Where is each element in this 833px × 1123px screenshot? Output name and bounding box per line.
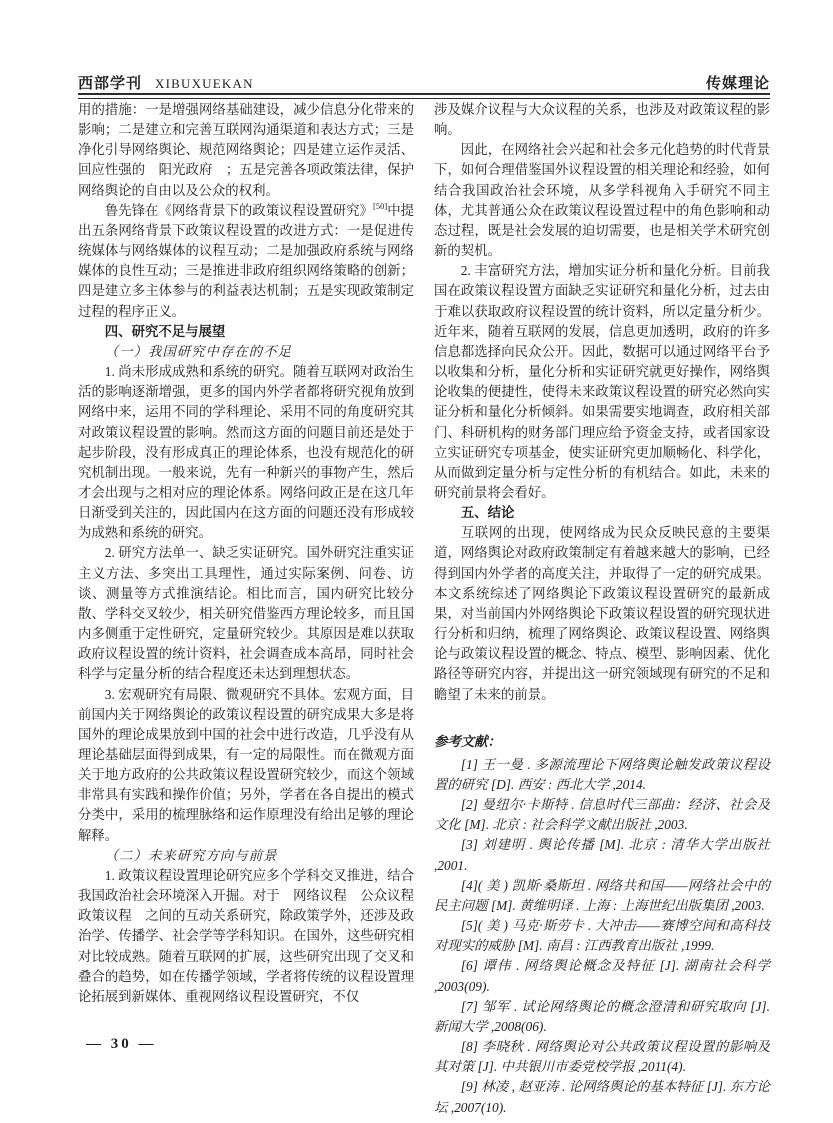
- journal-name: 西部学刊: [78, 76, 142, 92]
- body-paragraph: 鲁先锋在《网络背景下的政策议程设置研究》[50]中提出五条网络背景下政策议程设置…: [78, 201, 414, 322]
- body-paragraph: 用的措施：一是增强网络基础建设，减少信息分化带来的影响；二是建立和完善互联网沟通…: [78, 100, 414, 201]
- reference-item: [8] 李晓秋 . 网络舆论对公共政策议程设置的影响及其对策 [J]. 中共银川…: [434, 1037, 770, 1077]
- body-paragraph: 互联网的出现，使网络成为民众反映民意的主要渠道，网络舆论对政府政策制定有着越来越…: [434, 523, 770, 704]
- body-paragraph: 涉及媒介议程与大众议程的关系，也涉及对政策议程的影响。: [434, 100, 770, 140]
- paragraph-text: 中提出五条网络背景下政策议程设置的改进方式：一是促进传统媒体与网络媒体的议程互动…: [78, 203, 414, 319]
- journal-title-group: 西部学刊XIBUXUEKAN: [78, 72, 254, 93]
- reference-item: [4]( 美 ) 凯斯·桑斯坦 . 网络共和国——网络社会中的民主问题 [M].…: [434, 876, 770, 916]
- subsection-heading-1: （一）我国研究中存在的不足: [78, 342, 414, 362]
- body-paragraph: 1. 政策议程设置理论研究应多个学科交叉推进，结合我国政治社会环境深入开掘。对于…: [78, 866, 414, 1007]
- section-heading-5: 五、结论: [434, 503, 770, 523]
- journal-page: 西部学刊XIBUXUEKAN 传媒理论 用的措施：一是增强网络基础建设，减少信息…: [0, 0, 833, 1123]
- reference-item: [3] 刘建明 . 舆论传播 [M]. 北京 : 清华大学出版社 ,2001.: [434, 835, 770, 875]
- page-number: — 30 —: [86, 1036, 157, 1053]
- header-double-rule: [78, 93, 770, 99]
- body-paragraph: 1. 尚未形成成熟和系统的研究。随着互联网对政治生活的影响逐渐增强，更多的国内外…: [78, 362, 414, 543]
- reference-item: [5]( 美 ) 马克·斯劳卡 . 大冲击——赛博空间和高科技对现实的威胁 [M…: [434, 916, 770, 956]
- references-heading: 参考文献：: [434, 732, 770, 752]
- section-heading-4: 四、研究不足与展望: [78, 322, 414, 342]
- footnote-reference: [50]: [373, 201, 387, 211]
- reference-item: [6] 谭伟 . 网络舆论概念及特征 [J]. 湖南社会科学 ,2003(09)…: [434, 956, 770, 996]
- body-paragraph: 2. 研究方法单一、缺乏实证研究。国外研究注重实证主义方法、多突出工具理性，通过…: [78, 543, 414, 684]
- reference-item: [9] 林凌 , 赵亚涛 . 论网络舆论的基本特征 [J]. 东方论坛 ,200…: [434, 1077, 770, 1117]
- references-list: [1] 王一曼 . 多源流理论下网络舆论触发政策议程设置的研究 [D]. 西安 …: [434, 755, 770, 1118]
- reference-item: [2] 曼纽尔·卡斯特 . 信息时代三部曲：经济、社会及文化 [M]. 北京 :…: [434, 795, 770, 835]
- right-column: 涉及媒介议程与大众议程的关系，也涉及对政策议程的影响。 因此，在网络社会兴起和社…: [434, 100, 770, 1118]
- reference-item: [1] 王一曼 . 多源流理论下网络舆论触发政策议程设置的研究 [D]. 西安 …: [434, 755, 770, 795]
- running-head: 西部学刊XIBUXUEKAN 传媒理论: [78, 72, 770, 93]
- body-paragraph: 因此，在网络社会兴起和社会多元化趋势的时代背景下，如何合理借鉴国外议程设置的相关…: [434, 140, 770, 261]
- section-label: 传媒理论: [706, 72, 770, 93]
- body-paragraph: 3. 宏观研究有局限、微观研究不具体。宏观方面，目前国内关于网络舆论的政策议程设…: [78, 685, 414, 846]
- subsection-heading-2: （二）未来研究方向与前景: [78, 846, 414, 866]
- journal-name-pinyin: XIBUXUEKAN: [155, 76, 254, 91]
- article-body: 用的措施：一是增强网络基础建设，减少信息分化带来的影响；二是建立和完善互联网沟通…: [78, 100, 770, 1118]
- reference-item: [7] 邹军 . 试论网络舆论的概念澄清和研究取向 [J]. 新闻大学 ,200…: [434, 997, 770, 1037]
- paragraph-text: 鲁先锋在《网络背景下的政策议程设置研究》: [105, 203, 373, 218]
- body-paragraph: 2. 丰富研究方法，增加实证分析和量化分析。目前我国在政策议程设置方面缺乏实证研…: [434, 261, 770, 503]
- left-column: 用的措施：一是增强网络基础建设，减少信息分化带来的影响；二是建立和完善互联网沟通…: [78, 100, 414, 1118]
